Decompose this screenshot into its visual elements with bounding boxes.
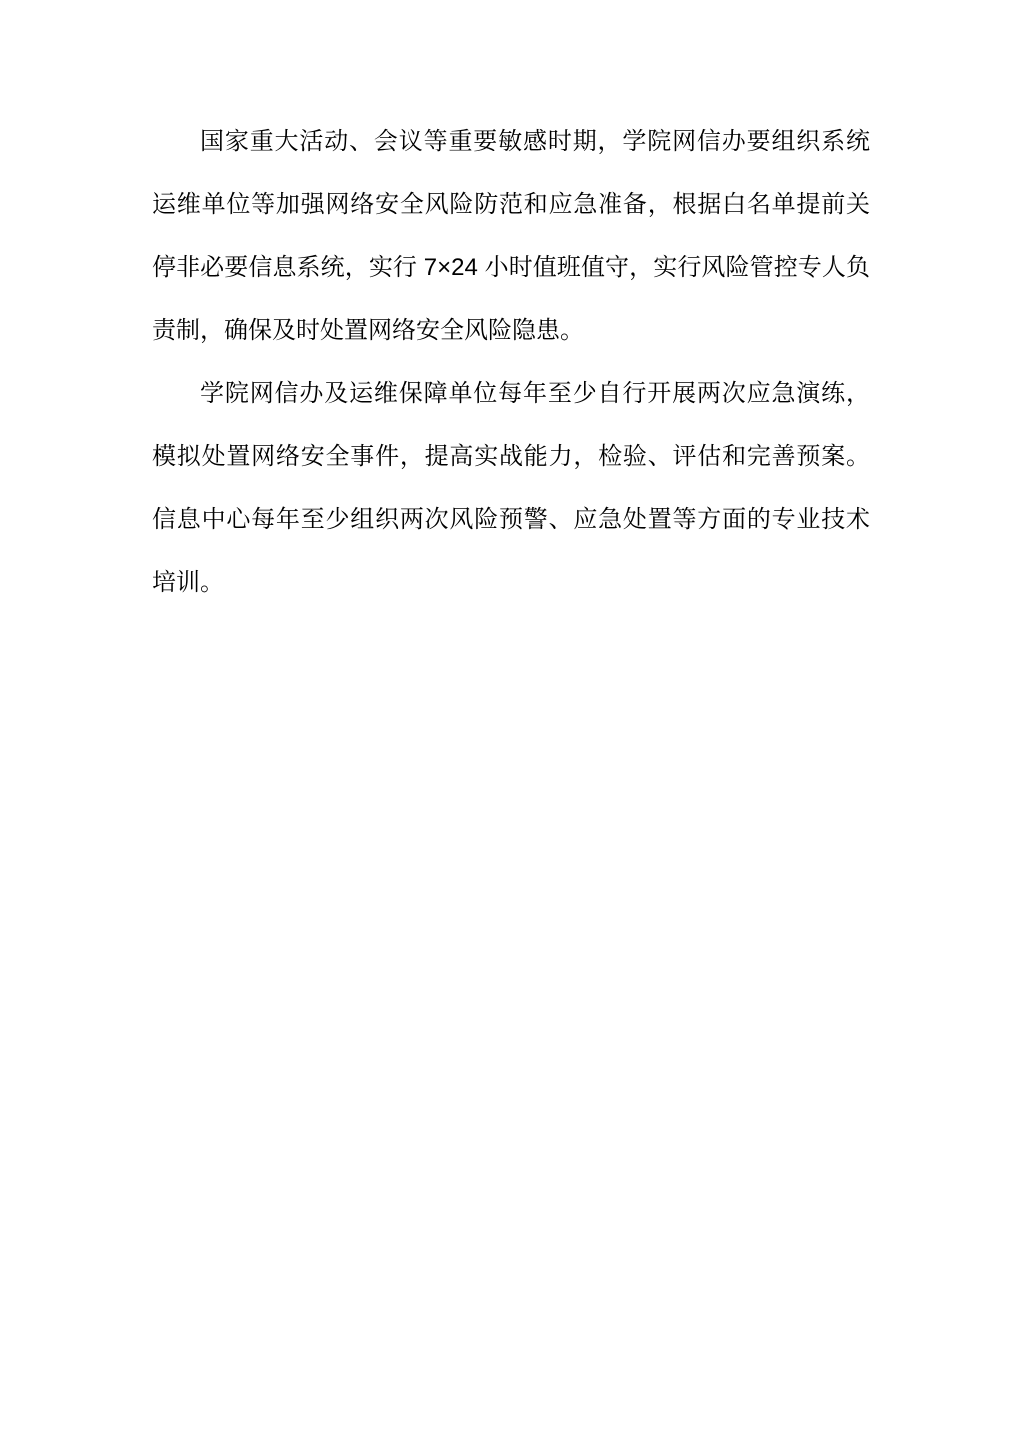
paragraph-drills-and-training: 学院网信办及运维保障单位每年至少自行开展两次应急演练，模拟处置网络安全事件，提高…	[152, 362, 870, 614]
document-page: 国家重大活动、会议等重要敏感时期，学院网信办要组织系统运维单位等加强网络安全风险…	[0, 0, 1024, 1449]
paragraph-emergency-preparation: 国家重大活动、会议等重要敏感时期，学院网信办要组织系统运维单位等加强网络安全风险…	[152, 110, 870, 362]
